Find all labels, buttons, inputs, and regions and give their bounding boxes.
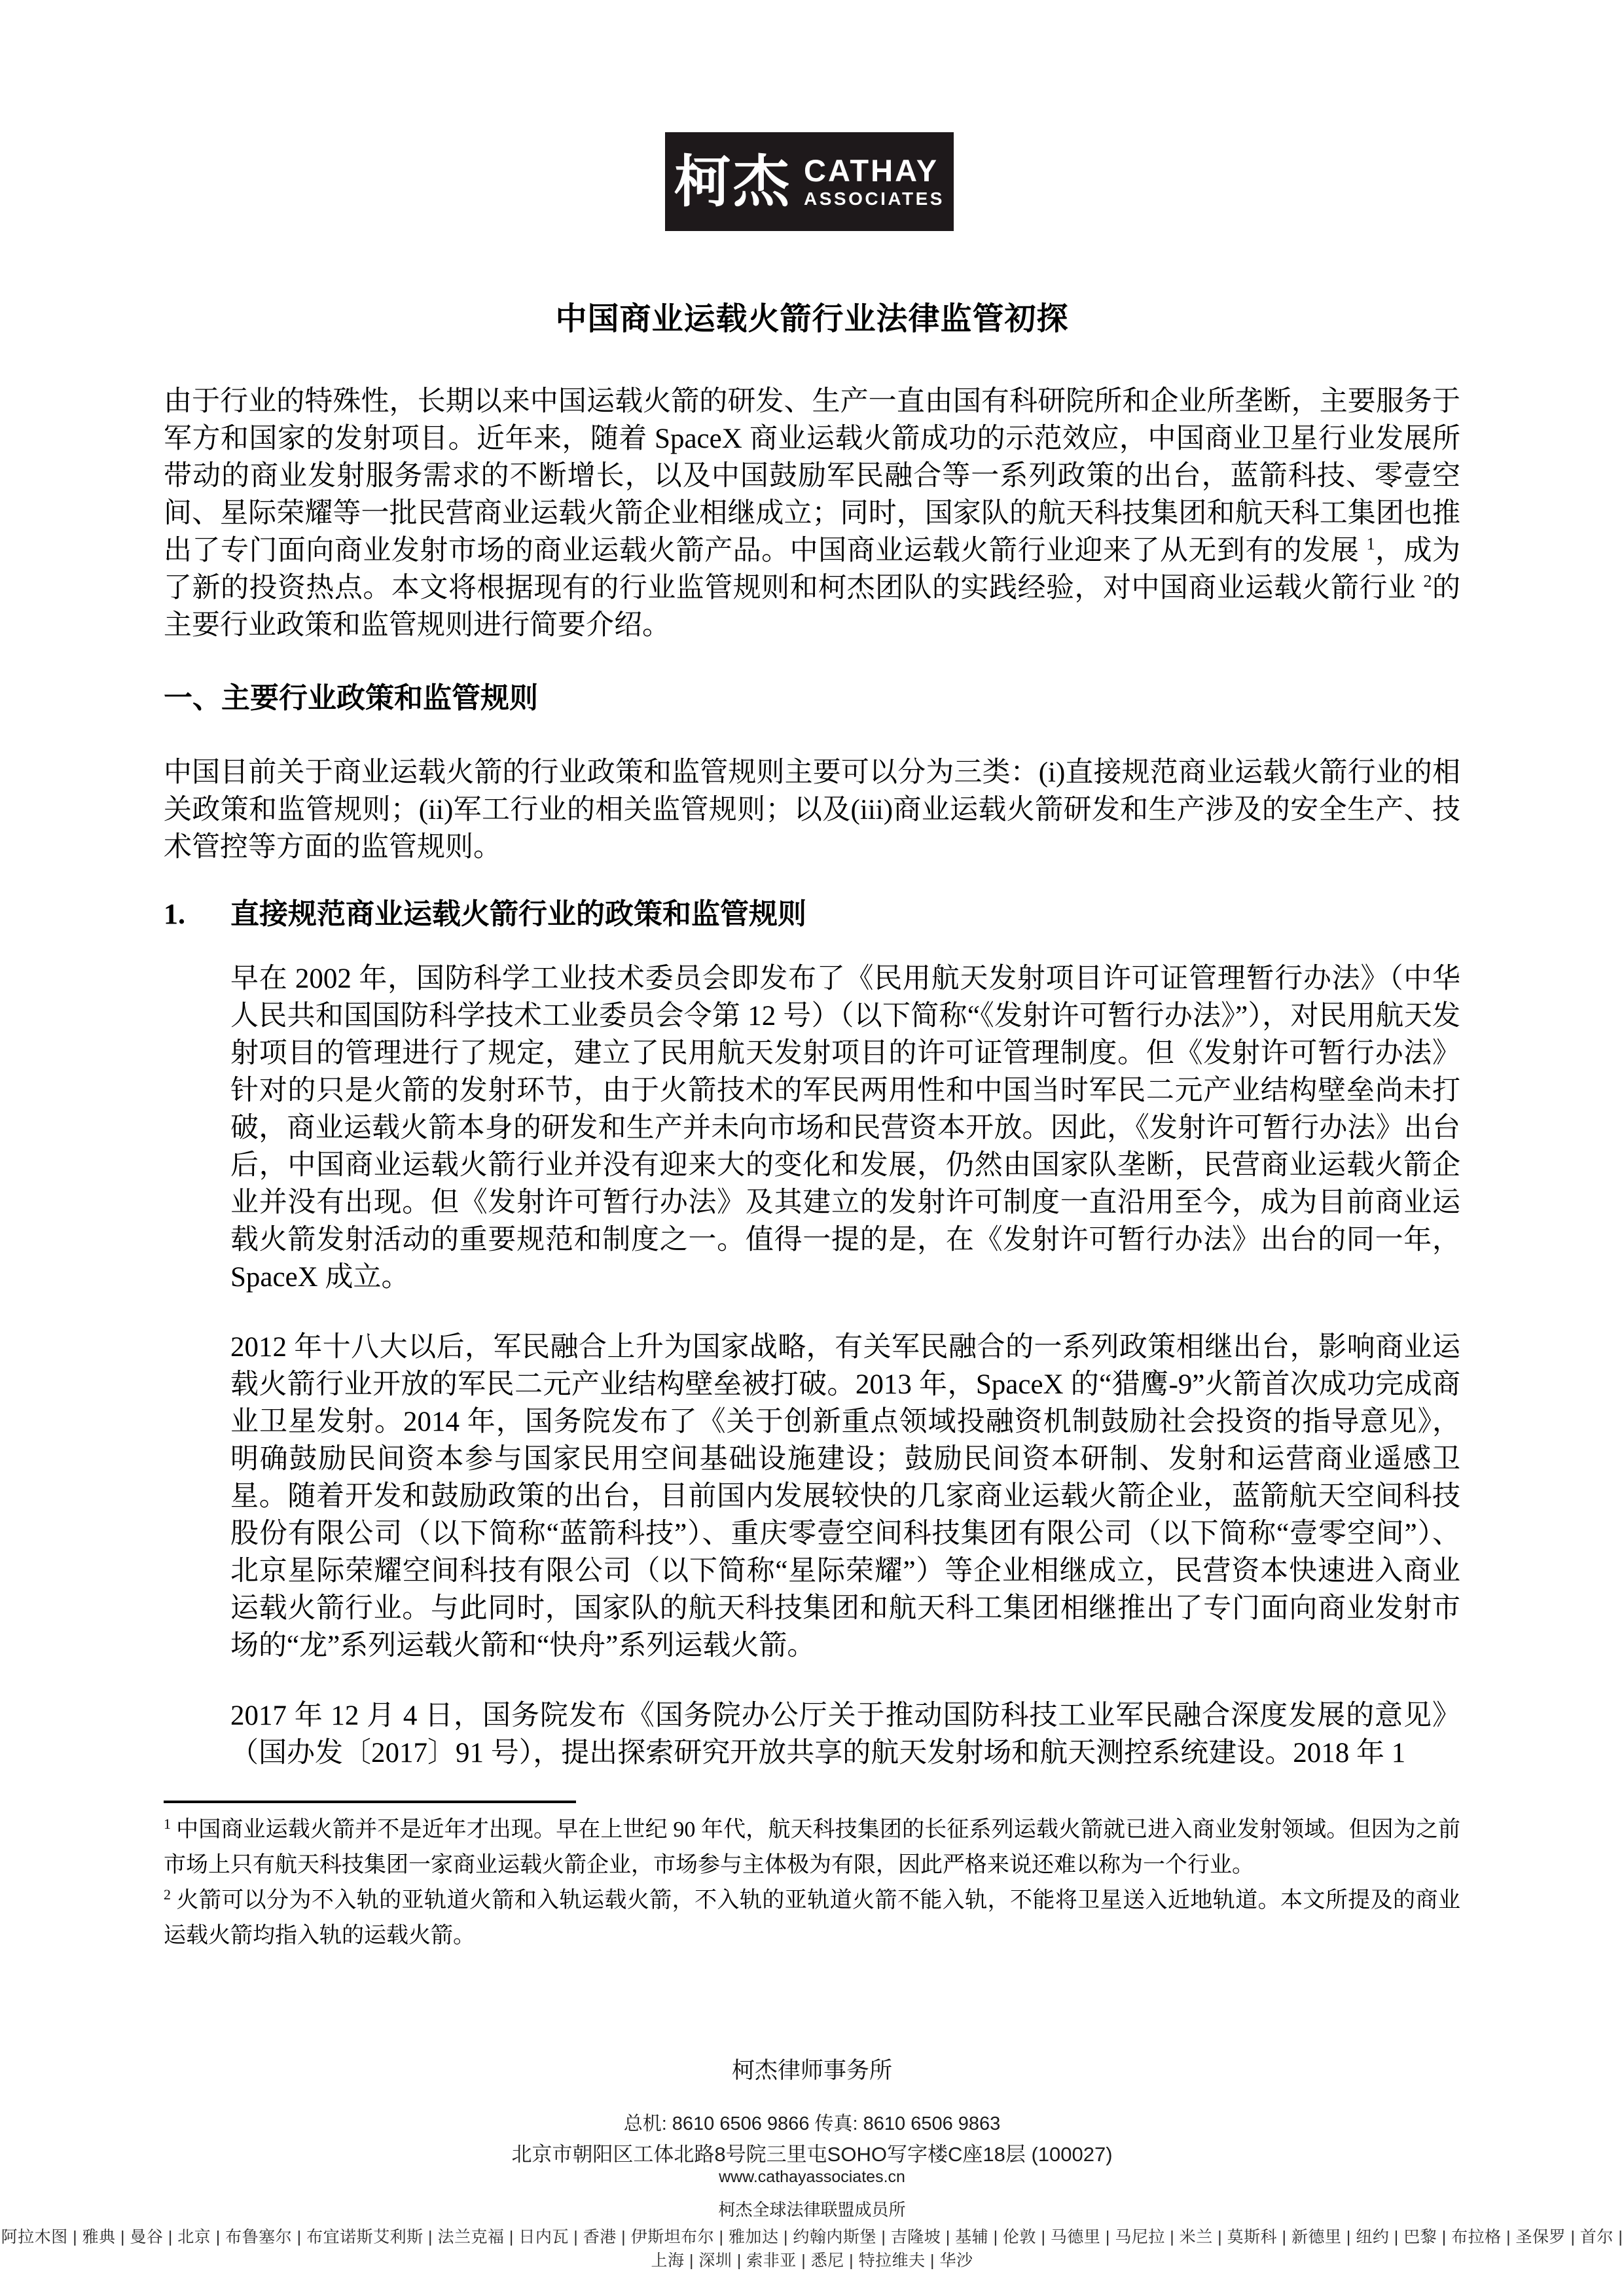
section-one-title: 主要行业政策和监管规则 (221, 679, 538, 717)
document-body: 由于行业的特殊性，长期以来中国运载火箭的研发、生产一直由国有科研院所和企业所垄断… (164, 383, 1460, 1954)
subsection-one-title: 直接规范商业运载火箭行业的政策和监管规则 (230, 895, 806, 933)
footnote-1: 1中国商业运载火箭并不是近年才出现。早在上世纪 90 年代，航天科技集团的长征系… (164, 1812, 1460, 1883)
logo-cn-text: 柯杰 (674, 154, 792, 210)
footnote-2-text: 火箭可以分为不入轨的亚轨道火箭和入轨运载火箭，不入轨的亚轨道火箭不能入轨，不能将… (164, 1888, 1460, 1948)
subsection-one-heading: 1. 直接规范商业运载火箭行业的政策和监管规则 (164, 895, 1460, 933)
paragraph-2002: 早在 2002 年，国防科学工业技术委员会即发布了《民用航天发射项目许可证管理暂… (230, 960, 1460, 1296)
subsection-one-body: 早在 2002 年，国防科学工业技术委员会即发布了《民用航天发射项目许可证管理暂… (230, 960, 1460, 1772)
footer-address-line: 北京市朝阳区工体北路8号院三里屯SOHO写字楼C座18层 (100027) (0, 2138, 1624, 2167)
footer-contact-line: 总机: 8610 6506 9866 传真: 8610 6506 9863 (0, 2109, 1624, 2136)
intro-text-1: 由于行业的特殊性，长期以来中国运载火箭的研发、生产一直由国有科研院所和企业所垄断… (164, 386, 1460, 566)
document-title: 中国商业运载火箭行业法律监管初探 (0, 293, 1624, 338)
firm-logo: 柯杰 CATHAY ASSOCIATES (665, 132, 954, 231)
footnote-1-marker: 1 (164, 1816, 171, 1832)
paragraph-2012: 2012 年十八大以后，军民融合上升为国家战略，有关军民融合的一系列政策相继出台… (230, 1329, 1460, 1664)
intro-paragraph: 由于行业的特殊性，长期以来中国运载火箭的研发、生产一直由国有科研院所和企业所垄断… (164, 383, 1460, 644)
footnote-ref-1: 1 (1367, 535, 1375, 554)
logo-en-associates: ASSOCIATES (804, 190, 945, 208)
footnote-separator (164, 1801, 576, 1803)
section-one-heading: 一、 主要行业政策和监管规则 (164, 679, 1460, 717)
footnote-2: 2火箭可以分为不入轨的亚轨道火箭和入轨运载火箭，不入轨的亚轨道火箭不能入轨，不能… (164, 1883, 1460, 1954)
logo-en-cathay: CATHAY (804, 155, 939, 186)
footer-alliance-line: 柯杰全球法律联盟成员所 (0, 2197, 1624, 2221)
logo-en-block: CATHAY ASSOCIATES (804, 155, 945, 208)
subsection-one-number: 1. (164, 895, 230, 933)
footer-website-url: www.cathayassociates.cn (0, 2168, 1624, 2187)
footnotes-block: 1中国商业运载火箭并不是近年才出现。早在上世纪 90 年代，航天科技集团的长征系… (164, 1801, 1460, 1954)
footnote-2-marker: 2 (164, 1886, 171, 1903)
footer-offices-list: 阿拉木图 | 雅典 | 曼谷 | 北京 | 布鲁塞尔 | 布宜诺斯艾利斯 | 法… (0, 2224, 1624, 2271)
footnote-ref-2: 2 (1424, 572, 1432, 591)
footer-firm-name: 柯杰律师事务所 (0, 2053, 1624, 2085)
section-one-number: 一、 (164, 679, 221, 717)
section-one-overview: 中国目前关于商业运载火箭的行业政策和监管规则主要可以分为三类：(i)直接规范商业… (164, 754, 1460, 866)
paragraph-2017: 2017 年 12 月 4 日，国务院发布《国务院办公厅关于推动国防科技工业军民… (230, 1697, 1460, 1772)
footnote-1-text: 中国商业运载火箭并不是近年才出现。早在上世纪 90 年代，航天科技集团的长征系列… (164, 1818, 1460, 1877)
